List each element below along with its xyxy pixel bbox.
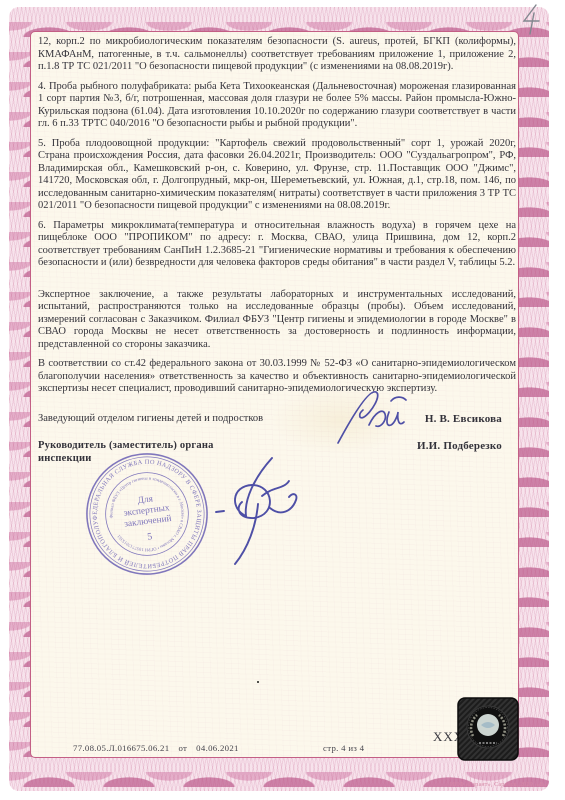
paragraph-12: 12, корп.2 по микробиологическим показат…	[38, 36, 516, 74]
footer-page-number: стр. 4 из 4	[323, 743, 364, 753]
paper-speck	[257, 681, 259, 683]
registration-date: 04.06.2021	[196, 743, 239, 753]
signatory-name: Н. В. Евсикова	[425, 413, 516, 426]
paragraph-5: 5. Проба плодоовощной продукции: "Картоф…	[38, 138, 516, 213]
printer-imprint: ИПФ «Гарант», Саранск, 2020, «В»	[450, 782, 547, 788]
round-stamp: ФЕДЕРАЛЬНАЯ СЛУЖБА ПО НАДЗОРУ В СФЕРЕ ЗА…	[76, 443, 219, 586]
handwritten-page-number	[520, 2, 546, 36]
scanned-document-page: 12, корп.2 по микробиологическим показат…	[0, 0, 565, 800]
stamp-center-line1: Для	[137, 494, 154, 506]
registration-number: 77.08.05.Л.016675.06.21	[73, 743, 169, 753]
stamp-center-number: 5	[147, 531, 153, 543]
signature-row-department-head: Заведующий отделом гигиены детей и подро…	[38, 413, 516, 426]
signatory-name: И.И. Подберезко	[417, 440, 516, 453]
paragraph-4: 4. Проба рыбного полуфабриката: рыба Кет…	[38, 81, 516, 131]
paragraph-expert-conclusion: Экспертное заключение, а также результат…	[38, 289, 516, 352]
from-label: от	[178, 743, 187, 753]
paragraph-6: 6. Параметры микроклимата(температура и …	[38, 220, 516, 270]
holographic-security-emblem	[457, 697, 519, 761]
footer-registration: 77.08.05.Л.016675.06.21 от 04.06.2021	[73, 743, 239, 753]
paragraph-law-reference: В соответствии со ст.42 федерального зак…	[38, 358, 516, 396]
document-body: 12, корп.2 по микробиологическим показат…	[38, 36, 516, 465]
signatory-title: Заведующий отделом гигиены детей и подро…	[38, 413, 270, 426]
